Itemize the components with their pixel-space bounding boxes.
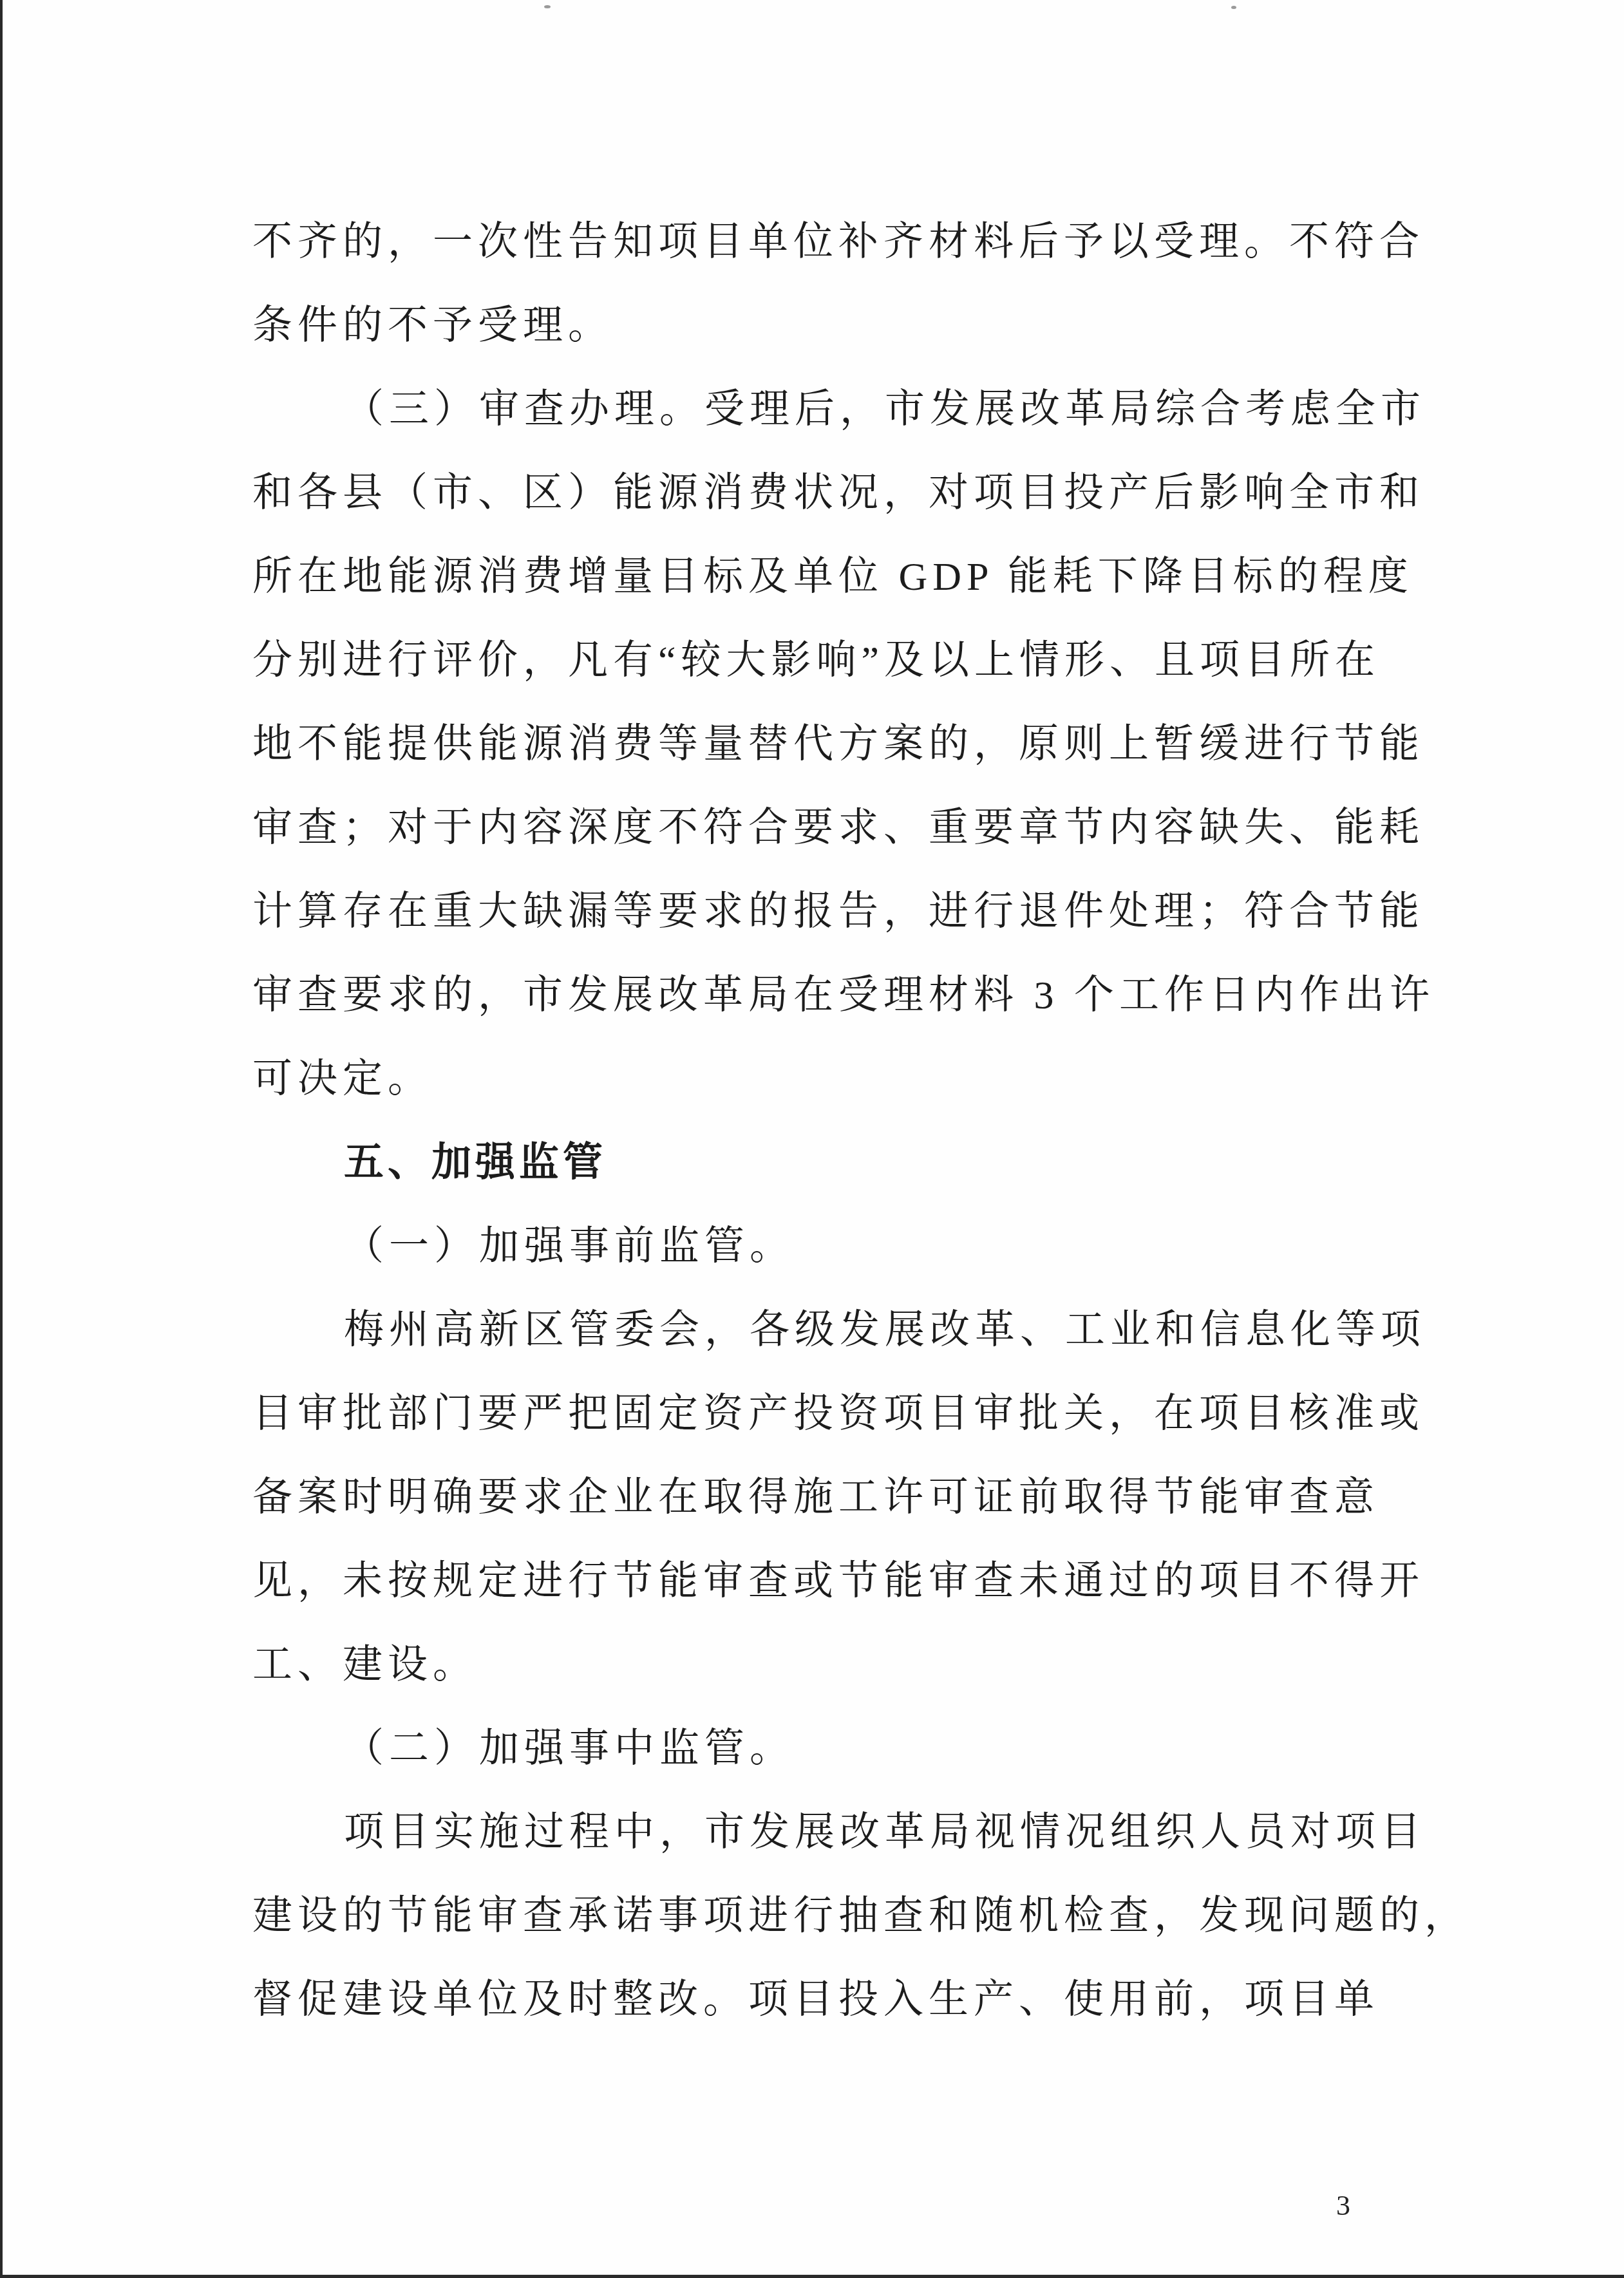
text-line: （三）审查办理。受理后，市发展改革局综合考虑全市 (252, 368, 1435, 451)
text-line: 备案时明确要求企业在取得施工许可证前取得节能审查意 (252, 1456, 1435, 1539)
scan-edge-bottom (0, 2275, 1624, 2278)
text-line: 条件的不予受理。 (252, 284, 1435, 368)
text-line: 审查要求的，市发展改革局在受理材料 3 个工作日内作出许 (252, 954, 1435, 1037)
text-line: 建设的节能审查承诺事项进行抽查和随机检查，发现问题的， (252, 1874, 1435, 1958)
text-line: 见，未按规定进行节能审查或节能审查未通过的项目不得开 (252, 1539, 1435, 1623)
document-body: 不齐的，一次性告知项目单位补齐材料后予以受理。不符合 条件的不予受理。 （三）审… (252, 200, 1435, 2042)
scan-edge-left (0, 0, 3, 2278)
text-line: 梅州高新区管委会，各级发展改革、工业和信息化等项 (252, 1288, 1435, 1372)
text-line: 项目实施过程中，市发展改革局视情况组织人员对项目 (252, 1791, 1435, 1874)
scan-speck (544, 5, 551, 8)
text-line: 督促建设单位及时整改。项目投入生产、使用前，项目单 (252, 1958, 1435, 2042)
scan-speck (1231, 6, 1236, 9)
text-line: 分别进行评价，凡有“较大影响”及以上情形、且项目所在 (252, 619, 1435, 702)
section-heading: 五、加强监管 (252, 1121, 1435, 1205)
text-line: （二）加强事中监管。 (252, 1707, 1435, 1791)
document-page: 不齐的，一次性告知项目单位补齐材料后予以受理。不符合 条件的不予受理。 （三）审… (0, 0, 1624, 2278)
text-line: 计算存在重大缺漏等要求的报告，进行退件处理；符合节能 (252, 870, 1435, 954)
text-line: 所在地能源消费增量目标及单位 GDP 能耗下降目标的程度 (252, 535, 1435, 619)
text-line: （一）加强事前监管。 (252, 1205, 1435, 1288)
text-line: 地不能提供能源消费等量替代方案的，原则上暂缓进行节能 (252, 702, 1435, 786)
text-line: 工、建设。 (252, 1623, 1435, 1707)
page-number: 3 (1336, 2189, 1350, 2222)
text-line: 和各县（市、区）能源消费状况，对项目投产后影响全市和 (252, 451, 1435, 535)
text-line: 目审批部门要严把固定资产投资项目审批关，在项目核准或 (252, 1372, 1435, 1456)
text-line: 审查；对于内容深度不符合要求、重要章节内容缺失、能耗 (252, 786, 1435, 870)
text-line: 不齐的，一次性告知项目单位补齐材料后予以受理。不符合 (252, 200, 1435, 284)
text-line: 可决定。 (252, 1037, 1435, 1121)
